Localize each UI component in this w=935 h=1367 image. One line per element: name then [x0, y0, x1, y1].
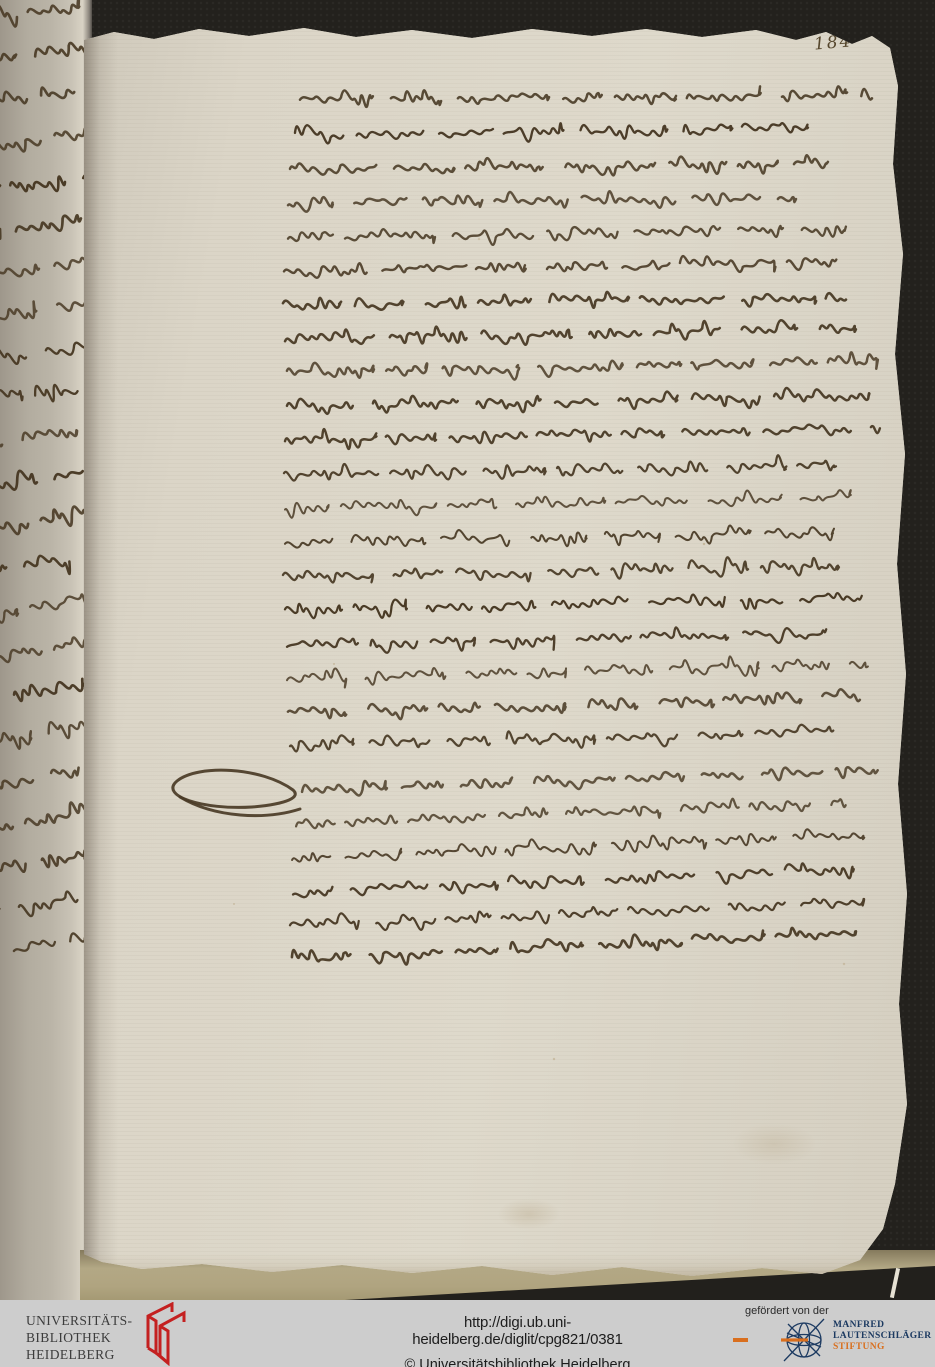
previous-page-handwriting [0, 0, 92, 1302]
foundation-armillary-sphere-icon [781, 1315, 827, 1365]
persistent-url: http://digi.ub.uni-heidelberg.de/diglit/… [360, 1314, 675, 1348]
foundation-name-line3: STIFTUNG [833, 1342, 932, 1353]
manuscript-page: 184 [84, 24, 910, 1280]
folio-number: 184 [813, 31, 853, 54]
library-name-line1: UNIVERSITÄTS- [26, 1312, 132, 1329]
foundation-name-line2: LAUTENSCHLÄGER [833, 1331, 932, 1342]
foundation-name: MANFRED LAUTENSCHLÄGER STIFTUNG [833, 1320, 932, 1353]
library-name-line3: HEIDELBERG [26, 1346, 132, 1363]
credit-center: http://digi.ub.uni-heidelberg.de/diglit/… [360, 1300, 675, 1367]
library-name-line2: BIBLIOTHEK [26, 1329, 132, 1346]
footer-bar: UNIVERSITÄTS- BIBLIOTHEK HEIDELBERG http… [0, 1300, 935, 1367]
copyright-line: © Universitätsbibliothek Heidelberg [360, 1357, 675, 1367]
foundation-name-line1: MANFRED [833, 1320, 932, 1331]
library-name: UNIVERSITÄTS- BIBLIOTHEK HEIDELBERG [26, 1312, 132, 1363]
foundation-dash [733, 1338, 748, 1342]
scan-viewport: 184 UNIVERSITÄTS- BIBLIOTHEK HEIDELBERG … [0, 0, 935, 1367]
university-library-logo-icon [130, 1302, 188, 1366]
previous-page-edge [0, 0, 92, 1302]
